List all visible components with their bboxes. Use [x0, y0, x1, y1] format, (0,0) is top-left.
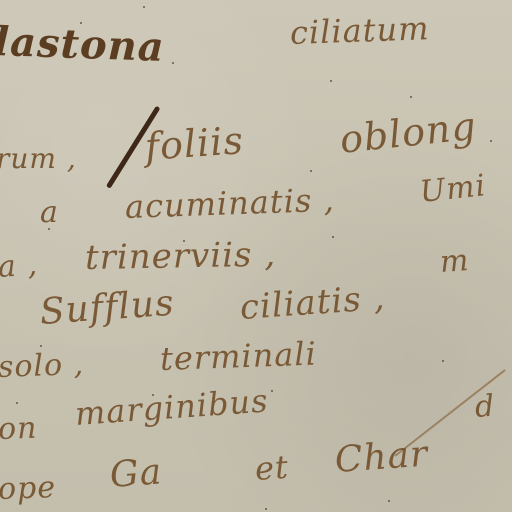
handwritten-word: terminali	[159, 335, 317, 378]
paper-speck	[172, 62, 174, 64]
paper-speck	[410, 96, 412, 98]
handwritten-word: oblong	[338, 104, 479, 162]
handwritten-word: marginibus	[74, 382, 270, 433]
paper-speck	[332, 236, 334, 238]
handwritten-word: m	[439, 243, 471, 280]
handwritten-word: d	[474, 389, 497, 425]
paper-speck	[40, 345, 42, 347]
handwritten-word: rum ,	[0, 142, 77, 175]
handwritten-word: Umi	[418, 168, 488, 210]
handwritten-word: a ,	[0, 247, 39, 285]
paper-speck	[143, 6, 145, 8]
handwritten-word: ope	[0, 470, 57, 507]
paper-speck	[271, 390, 273, 392]
handwritten-word: a	[40, 195, 59, 230]
paper-speck	[16, 402, 18, 404]
manuscript-page: lastonaciliatumrum ,foliisoblongaacumina…	[0, 0, 512, 512]
handwritten-word: ciliatis ,	[239, 278, 387, 328]
handwritten-word: lastona	[0, 18, 166, 71]
handwritten-word: trinerviis ,	[85, 235, 277, 278]
handwritten-word: acuminatis ,	[124, 181, 335, 226]
paper-speck	[183, 240, 185, 242]
paper-speck	[128, 152, 130, 154]
handwritten-word: on	[0, 411, 38, 447]
paper-speck	[330, 80, 332, 82]
paper-speck	[80, 22, 82, 24]
handwritten-word: foliis	[143, 118, 245, 169]
paper-speck	[48, 228, 50, 230]
paper-speck	[388, 500, 390, 502]
handwritten-word: Char	[334, 434, 430, 481]
paper-speck	[310, 170, 312, 172]
paper-speck	[265, 508, 267, 510]
handwritten-word: et	[254, 448, 290, 488]
paper-speck	[442, 360, 444, 362]
paper-speck	[490, 140, 492, 142]
handwritten-word: Sufflus	[39, 283, 176, 333]
handwritten-word: Ga	[109, 451, 164, 496]
handwritten-word: ciliatum	[289, 9, 430, 52]
paper-speck	[152, 394, 154, 396]
handwritten-word: solo ,	[0, 347, 85, 385]
